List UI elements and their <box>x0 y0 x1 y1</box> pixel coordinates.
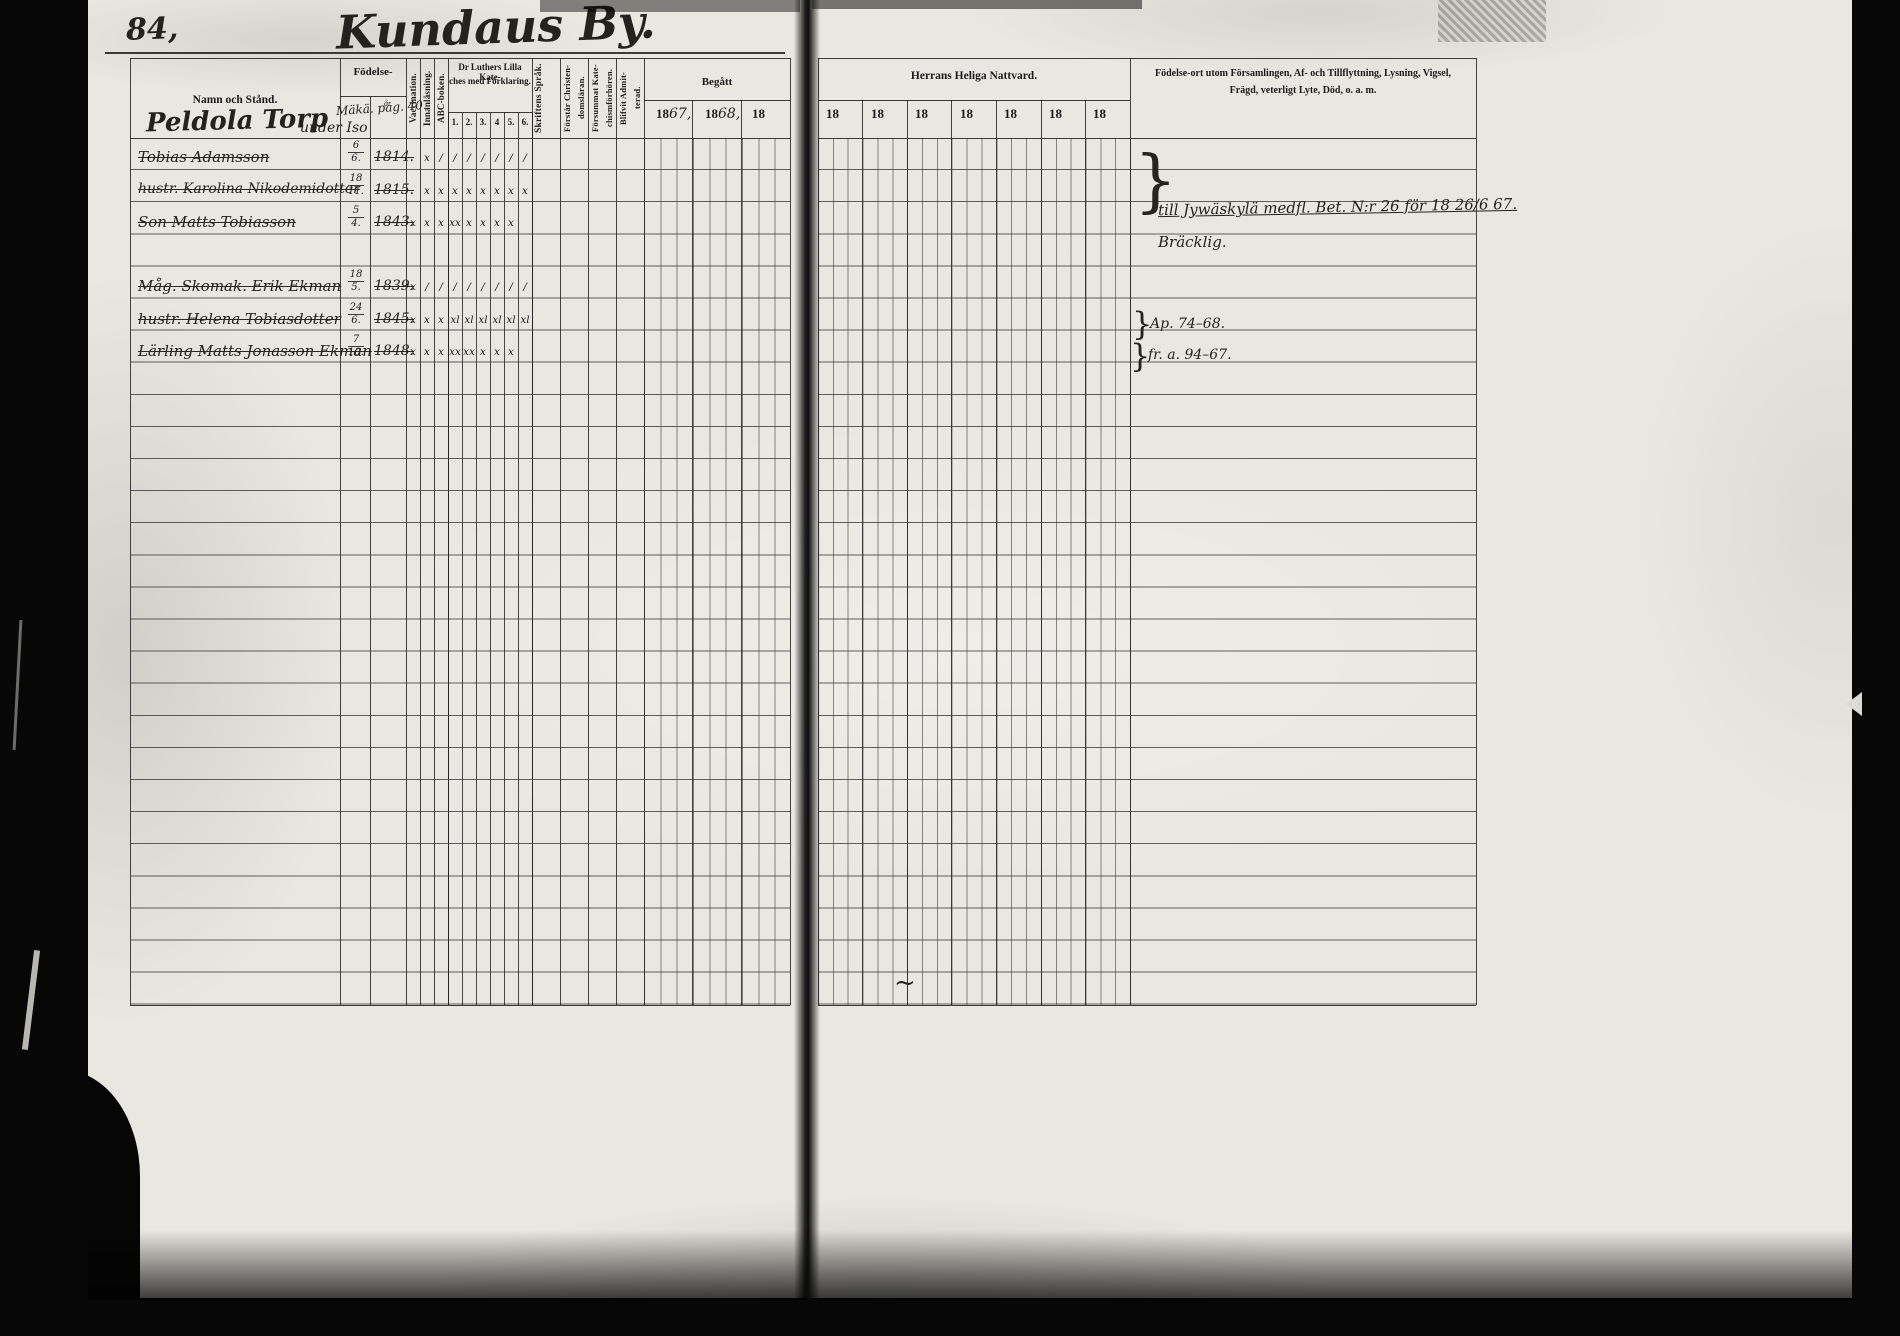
birth-day: 5 <box>348 206 364 218</box>
mark-cell: x <box>406 314 420 326</box>
col-header-forsummat-line2: chismförhören. <box>602 60 616 136</box>
birth-month: 10. <box>343 348 369 358</box>
mark-cell: / <box>434 152 448 164</box>
grid-line <box>130 1005 790 1006</box>
birth-day: 18 <box>348 174 364 186</box>
village-header-suffix: under Iso <box>300 120 368 136</box>
exam-marks: x / / / / / / / <box>406 152 532 164</box>
col-header-nattvard: Herrans Heliga Nattvard. <box>818 70 1130 82</box>
begatt-year-printed: 18 <box>705 106 718 121</box>
col-header-forstar-line1: Förstår Christen- <box>560 60 574 136</box>
begatt-year-printed: 18 <box>752 106 765 121</box>
nattvard-year: 18 <box>871 106 884 122</box>
katekes-number: 5. <box>504 117 518 127</box>
mark-cell: x <box>420 314 434 326</box>
begatt-subgrid <box>644 138 791 1005</box>
birth-date: 24 6. <box>343 303 369 326</box>
exam-marks: x x x x x x x x <box>406 185 532 197</box>
scan-edge-bottom <box>0 1298 1900 1336</box>
mark-cell: x <box>504 185 518 197</box>
col-header-notes-line1: Födelse-ort utom Församlingen, Af- och T… <box>1130 68 1476 79</box>
birth-day: 18 <box>348 270 364 282</box>
nattvard-year: 18 <box>826 106 839 122</box>
birth-date: 18 11. <box>343 174 369 197</box>
mark-cell: x <box>490 346 504 358</box>
nattvard-subgrid <box>818 138 1131 1005</box>
mark-cell: / <box>490 281 504 293</box>
mark-cell: / <box>448 152 462 164</box>
nattvard-year: 18 <box>960 106 973 122</box>
mark-cell: x <box>448 185 462 197</box>
note-bracklig: Bräcklig. <box>1158 233 1227 251</box>
mark-cell: x <box>406 217 420 229</box>
exam-marks: x x x xx x x x x <box>406 217 532 229</box>
nattvard-year: 18 <box>1093 106 1106 122</box>
mark-cell: x <box>406 281 420 293</box>
top-right-noise <box>1438 0 1546 42</box>
col-header-abc-boken: ABC-boken. <box>434 60 448 136</box>
katekes-number: 2. <box>462 117 476 127</box>
book-gutter <box>794 0 820 1300</box>
col-header-blifvit-line1: Blifvit Admit- <box>616 60 630 136</box>
mark-cell: xl <box>462 314 476 326</box>
katekes-number: 4 <box>490 117 504 127</box>
begatt-year: 1868, <box>705 106 740 122</box>
person-name: Son Matts Tobiasson <box>138 213 296 231</box>
mark-cell <box>518 217 532 229</box>
scanned-book-spread: 84, Kundaus By. Namn och Stånd. Föde <box>0 0 1900 1336</box>
katekes-number: 1. <box>448 117 462 127</box>
person-name: Lärling Matts Jonasson Ekman <box>138 342 372 360</box>
mark-cell: / <box>504 281 518 293</box>
mark-cell: x <box>420 346 434 358</box>
grid-line <box>130 58 790 59</box>
birth-day: 7 <box>348 335 364 347</box>
mark-cell: x <box>462 217 476 229</box>
mark-cell: xl <box>504 314 518 326</box>
grid-line <box>818 1005 1476 1006</box>
mark-cell <box>406 185 420 197</box>
person-name: Måg. Skomak. Erik Ekman <box>138 277 341 295</box>
note-ap: Ap. 74–68. <box>1150 316 1225 332</box>
note-fr: fr. a. 94–67. <box>1148 347 1232 363</box>
col-header-katekes-line2: ches med Förklaring. <box>448 76 532 86</box>
mark-cell: xl <box>476 314 490 326</box>
birth-month: 6. <box>343 154 369 164</box>
mark-cell: x <box>504 217 518 229</box>
kat-subgrid <box>448 112 533 1005</box>
nattvard-year: 18 <box>915 106 928 122</box>
mark-cell: x <box>476 185 490 197</box>
birth-date: 7 10. <box>343 335 369 358</box>
begatt-year-script: 67, <box>669 106 691 122</box>
title-rule <box>105 52 785 54</box>
paper: 84, Kundaus By. Namn och Stånd. Föde <box>88 0 1852 1300</box>
mark-cell: x <box>518 185 532 197</box>
begatt-year: 18 <box>752 106 765 122</box>
col-header-forstar-line2: domsläran. <box>574 60 588 136</box>
birth-day: 6 <box>348 141 364 153</box>
mark-cell: xx <box>462 346 476 358</box>
pen-squiggle: ~ <box>894 968 916 998</box>
col-header-notes-line2: Frägd, veterligt Lyte, Död, o. a. m. <box>1130 85 1476 96</box>
mark-cell: x <box>434 185 448 197</box>
col-header-forsummat-line1: Försummat Kate- <box>588 60 602 136</box>
person-name: Tobias Adamsson <box>138 148 269 166</box>
mark-cell: / <box>462 152 476 164</box>
person-name: hustr. Helena Tobiasdotter <box>138 310 341 328</box>
birth-month: 5. <box>343 283 369 293</box>
mark-cell: x <box>490 217 504 229</box>
mark-cell: / <box>476 152 490 164</box>
mark-cell: xx <box>448 217 462 229</box>
birth-date: 6 6. <box>343 141 369 164</box>
mark-cell: x <box>420 217 434 229</box>
mark-cell: x <box>434 217 448 229</box>
scan-edge-right <box>1852 0 1900 1336</box>
mark-cell: / <box>476 281 490 293</box>
mark-cell: x <box>434 346 448 358</box>
mark-cell: / <box>518 152 532 164</box>
mark-cell: / <box>420 281 434 293</box>
grid-line <box>818 58 1476 59</box>
mark-cell: x <box>504 346 518 358</box>
grid-line <box>818 100 1130 101</box>
mark-cell: xl <box>518 314 532 326</box>
grid-line <box>340 96 406 97</box>
mark-cell: / <box>448 281 462 293</box>
mark-cell: x <box>406 346 420 358</box>
top-edge-smudge <box>812 0 1142 9</box>
col-header-skriftens-sprak: Skriftens Språk. <box>532 60 560 136</box>
exam-marks: x / / / / / / / / <box>406 281 532 293</box>
birth-month: 11. <box>343 187 369 197</box>
birth-month: 4. <box>343 219 369 229</box>
birth-date: 18 5. <box>343 270 369 293</box>
begatt-year: 1867, <box>656 106 691 122</box>
birth-month: 6. <box>343 316 369 326</box>
col-header-begatt: Begått <box>644 76 790 88</box>
begatt-year-script: 68, <box>718 106 740 122</box>
katekes-number: 6. <box>518 117 532 127</box>
mark-cell: x <box>490 185 504 197</box>
nattvard-year: 18 <box>1049 106 1062 122</box>
mark-cell: x <box>476 346 490 358</box>
birth-date: 5 4. <box>343 206 369 229</box>
mark-cell: xl <box>490 314 504 326</box>
col-header-blifvit-line2: terad. <box>630 60 644 136</box>
edge-notch <box>1846 692 1862 716</box>
mark-cell: / <box>504 152 518 164</box>
mark-cell: / <box>490 152 504 164</box>
mark-cell <box>406 152 420 164</box>
mark-cell: / <box>462 281 476 293</box>
mark-cell: x <box>420 152 434 164</box>
exam-marks: x x x xx xx x x x <box>406 346 532 358</box>
page-number: 84, <box>125 11 178 48</box>
mark-cell: xx <box>448 346 462 358</box>
mark-cell: / <box>434 281 448 293</box>
bottom-shadow <box>88 1230 1852 1300</box>
col-header-birth: Födelse- <box>340 66 406 78</box>
mark-cell: x <box>476 217 490 229</box>
nattvard-year: 18 <box>1004 106 1017 122</box>
grid-line <box>644 100 790 101</box>
mark-cell: x <box>462 185 476 197</box>
katekes-number: 3. <box>476 117 490 127</box>
mark-cell <box>518 346 532 358</box>
person-name: hustr. Karolina Nikodemidotter <box>138 181 360 197</box>
mark-cell: / <box>518 281 532 293</box>
birth-day: 24 <box>348 303 364 315</box>
mark-cell: x <box>420 185 434 197</box>
mark-cell: x <box>434 314 448 326</box>
exam-marks: x x x xl xl xl xl xl xl <box>406 314 532 326</box>
mark-cell: xl <box>448 314 462 326</box>
begatt-year-printed: 18 <box>656 106 669 121</box>
top-edge-smudge <box>540 0 800 12</box>
